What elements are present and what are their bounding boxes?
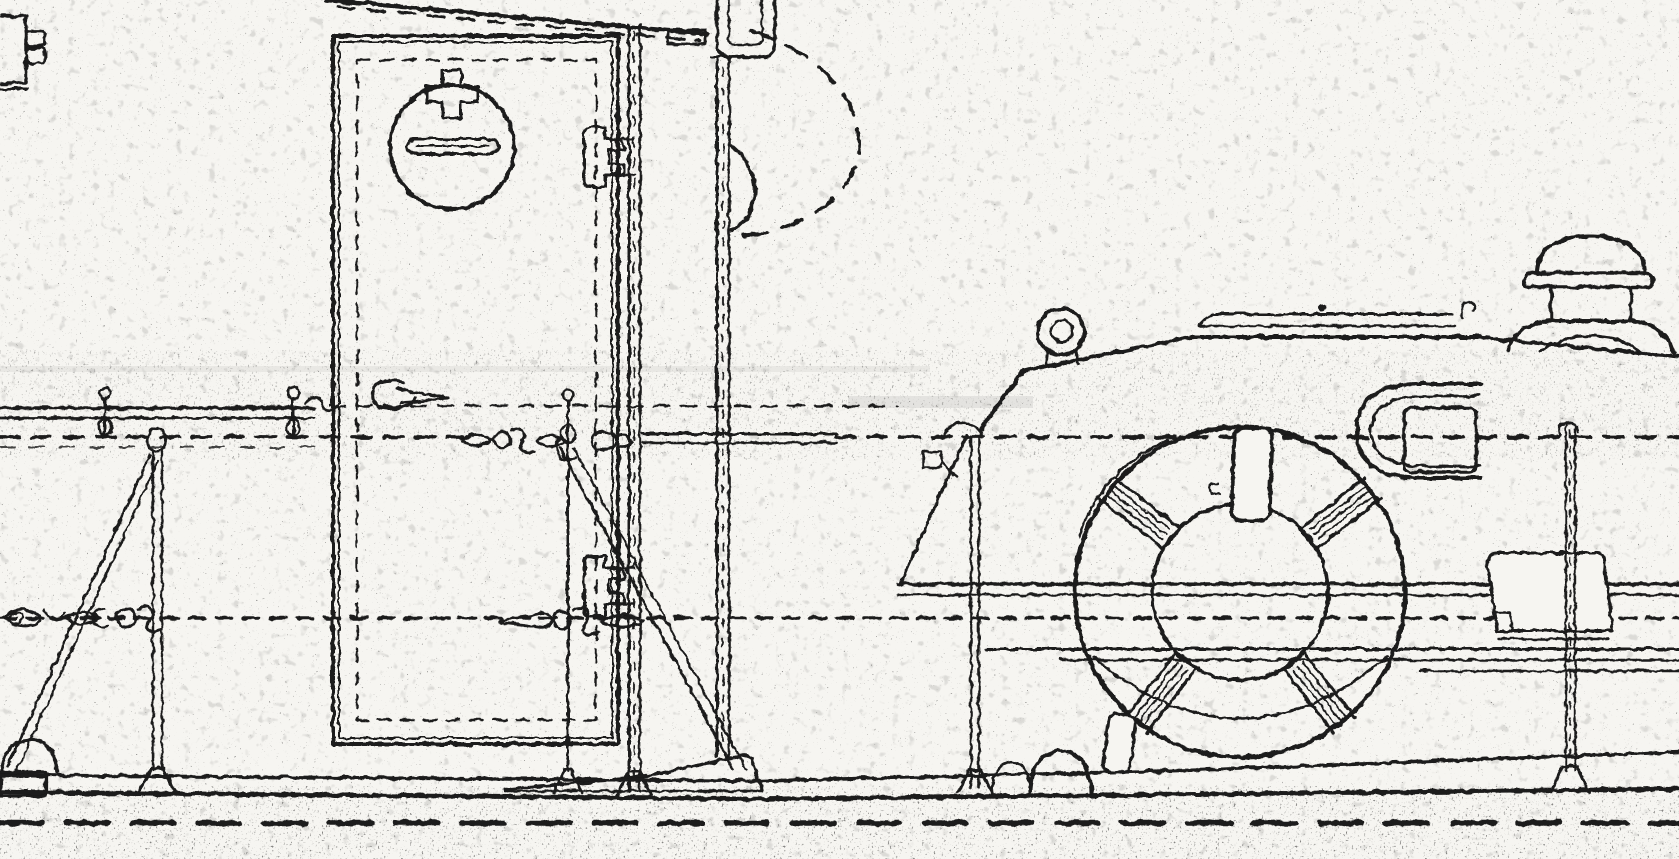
blueprint-canvas: [0, 0, 1679, 859]
skylight-box: [1487, 553, 1613, 639]
lifebuoy-tab-bottom: [1103, 713, 1137, 774]
lifebuoy-tab-top: [1231, 427, 1272, 521]
noise-texture: [0, 0, 1679, 859]
